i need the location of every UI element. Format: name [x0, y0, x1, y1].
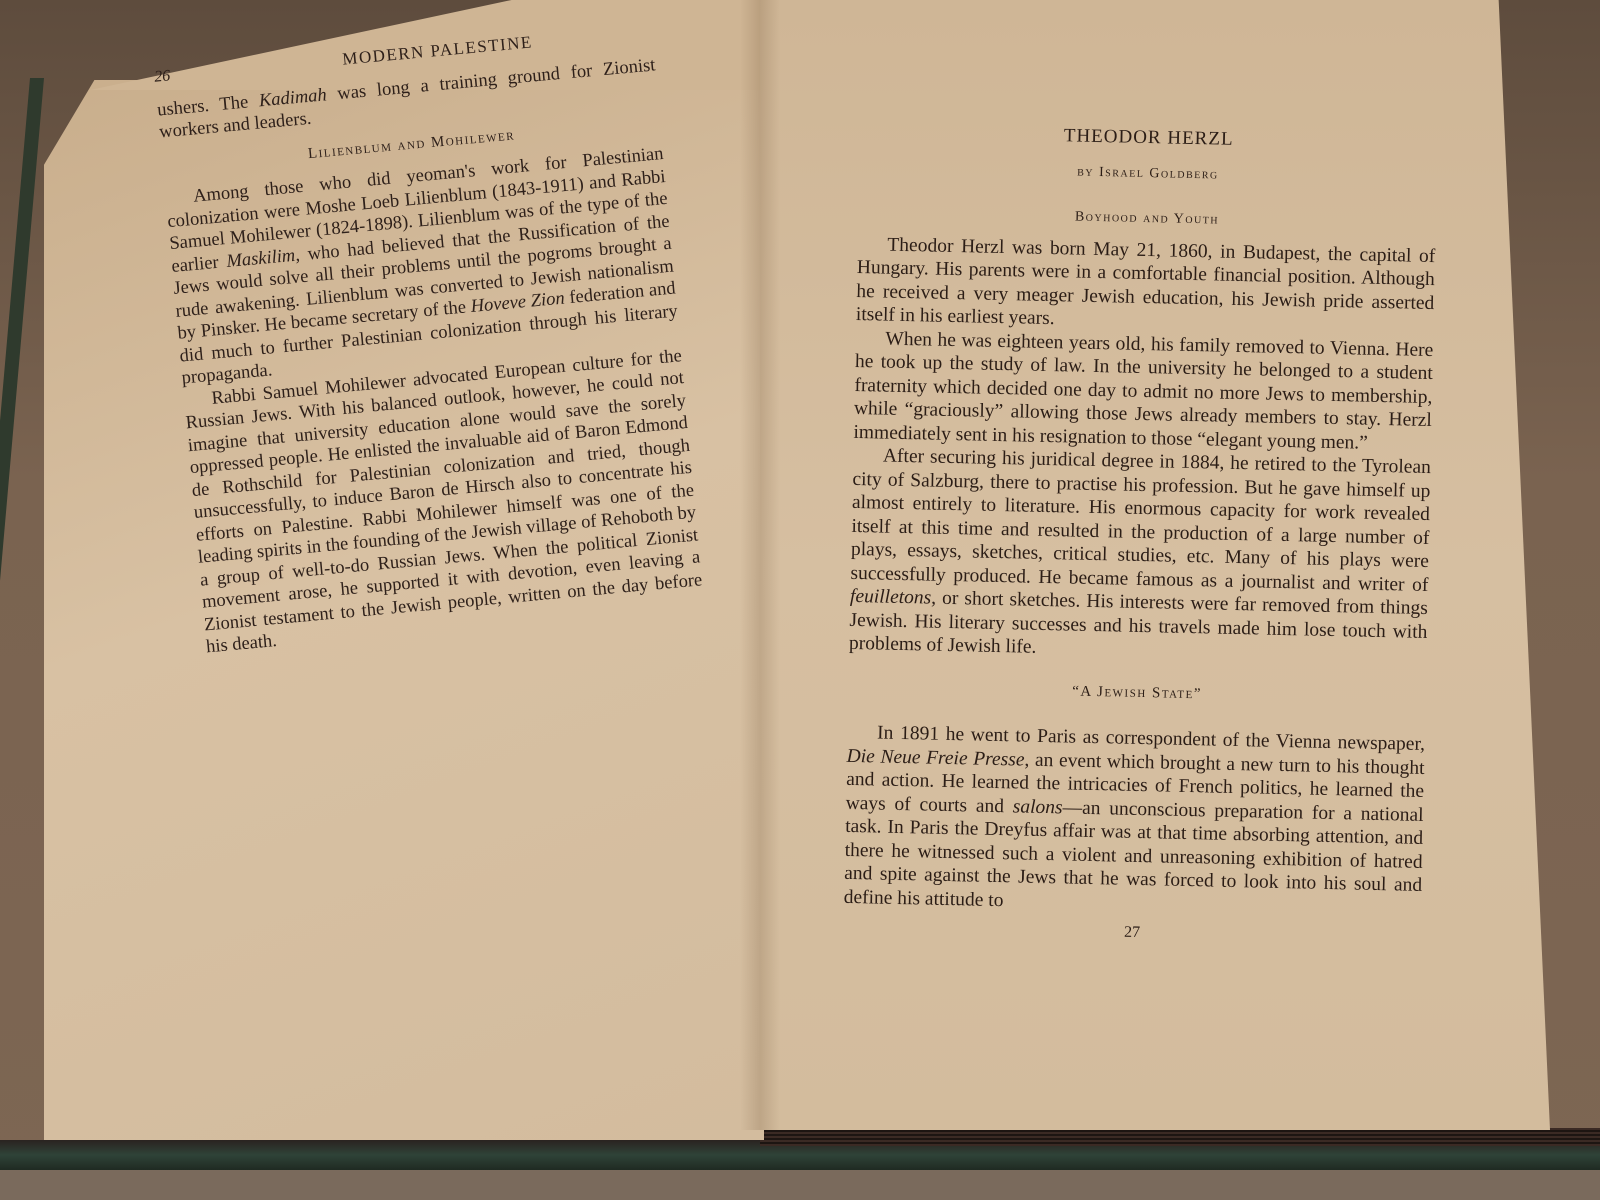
page-stack-edge: [760, 1128, 1600, 1146]
section-heading: “A Jewish State”: [848, 675, 1426, 711]
paragraph: When he was eighteen years old, his fami…: [853, 326, 1433, 456]
cover-spine-edge-left: [0, 78, 44, 1168]
page-number-left: 26: [153, 65, 171, 89]
paragraph: After securing his juridical degree in 1…: [849, 444, 1431, 668]
left-page-text-block: 26 MODERN PALESTINE ushers. The Kadimah …: [150, 0, 705, 659]
paragraph: In 1891 he went to Paris as corresponden…: [843, 721, 1425, 921]
book-gutter: [740, 0, 780, 1130]
paragraph: Rabbi Samuel Mohilewer advocated Europea…: [183, 345, 705, 659]
byline: by Israel Goldberg: [859, 155, 1437, 191]
section-heading: Boyhood and Youth: [858, 201, 1436, 237]
running-head-title: MODERN PALESTINE: [341, 31, 533, 71]
paragraph: Theodor Herzl was born May 21, 1860, in …: [856, 232, 1436, 338]
right-page-text-block: THEODOR HERZL by Israel Goldberg Boyhood…: [843, 120, 1438, 950]
